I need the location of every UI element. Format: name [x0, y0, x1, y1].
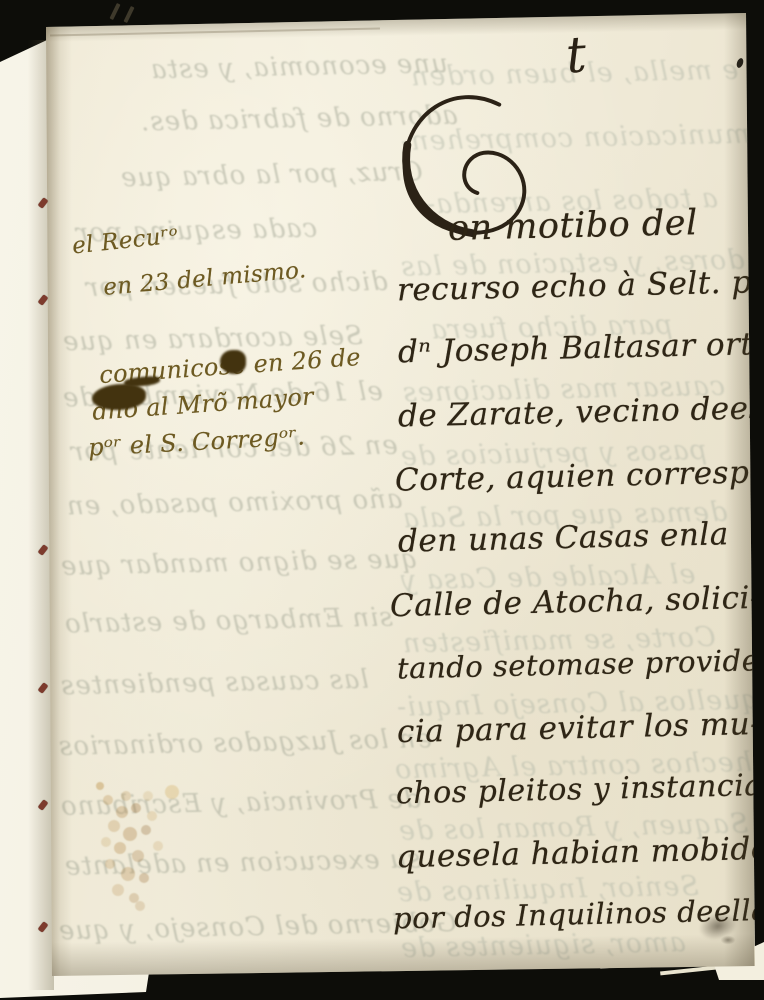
top-edge-shadow [40, 6, 752, 42]
page-letter-mark: t [564, 25, 588, 84]
main-text-line: on motibo del [448, 203, 699, 249]
ghost-line: Cruz, por la obra que [120, 157, 423, 193]
ghost-line: las causas pendientes [60, 665, 369, 701]
ghost-line: su execucion en adelante [64, 844, 422, 881]
main-text-line: chos pleitos y instancias [396, 768, 764, 812]
bottom-edge-shadow [48, 934, 756, 979]
manuscript-page: une economia, y estaadorno de fabrica de… [0, 0, 764, 1000]
main-text-line: cia para evitar los mu- [397, 706, 762, 750]
drop-cap-letter: C [0, 0, 1, 1]
right-edge-shadow [724, 8, 754, 970]
main-text-line: den unas Casas enla [398, 516, 729, 559]
ghost-line: que se digno mandar que [60, 544, 418, 581]
tally-mark [109, 3, 120, 20]
ghost-line: une economia, y esta [150, 49, 448, 85]
tally-mark [123, 6, 134, 23]
scan-backdrop: une economia, y estaadorno de fabrica de… [0, 0, 764, 1000]
main-text-line: quesela habian mobido [396, 831, 764, 875]
ghost-line: año proximo pasado, en [66, 484, 403, 521]
ghost-line: en los Juzgados ordinarios [58, 724, 432, 762]
ghost-line: sin Embargo de estarlo [64, 603, 393, 640]
ink-blot [220, 350, 246, 374]
main-text-line: dⁿ Joseph Baltasar ortiz [398, 326, 764, 371]
main-text-line: recurso echo à Selt. por [397, 264, 764, 309]
ink-stain-speckles [96, 782, 104, 790]
ghost-line: de Provincia, y Escribano [60, 784, 421, 822]
main-text-line: Calle de Atocha, solici- [390, 580, 762, 624]
